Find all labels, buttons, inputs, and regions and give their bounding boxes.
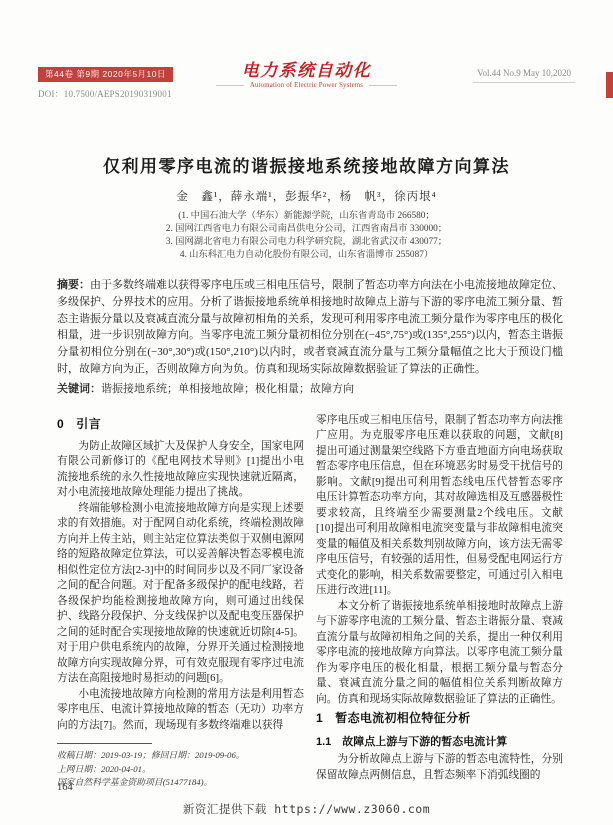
affiliation-line: 3. 国网湖北省电力有限公司电力科学研究院，湖北省武汉市 430077； xyxy=(0,236,613,249)
journal-name-en: Automation of Electric Power Systems xyxy=(250,82,363,89)
logo-divider-left xyxy=(216,85,244,86)
keywords-text: 谐振接地系统；单相接地故障；极化相量；故障方向 xyxy=(101,383,354,395)
affiliation-line: 4. 山东科汇电力自动化股份有限公司，山东省淄博市 255087） xyxy=(0,249,613,262)
footnote-rule xyxy=(57,743,152,744)
section-heading-1: 1 暂态电流初相位特征分析 xyxy=(316,709,563,726)
affiliation-line: 2. 国网江西省电力有限公司南昌供电分公司，江西省南昌市 330000； xyxy=(0,223,613,236)
paragraph: 为分析故障点上游与下游的暂态电流特性，分别保留故障点两侧信息，且暂态频率下消弧线… xyxy=(316,752,563,783)
authors-line: 金 鑫¹，薛永端¹，彭振华²，杨 帆³，徐丙垠⁴ xyxy=(0,188,613,204)
volume-info: Vol.44 No.9 May 10,2020 xyxy=(473,68,575,83)
page-header: 第44卷 第9期 2020年5月10日 DOI：10.7500/AEPS2019… xyxy=(38,62,575,108)
section-heading-1-1: 1.1 故障点上游与下游的暂态电流计算 xyxy=(316,733,563,749)
section-heading-0: 0 引言 xyxy=(57,415,304,432)
page-number: 164 xyxy=(57,782,73,793)
footnote-dates: 收稿日期：2019-03-19；修回日期：2019-09-06。 xyxy=(57,749,304,763)
footnote-block: 收稿日期：2019-03-19；修回日期：2019-09-06。 上网日期：20… xyxy=(57,743,304,790)
paragraph: 为防止故障区域扩大及保护人身安全，国家电网有限公司新修订的《配电网技术导则》[1… xyxy=(57,439,304,501)
journal-name-cn: 电力系统自动化 xyxy=(197,62,417,80)
header-right: Vol.44 No.9 May 10,2020 xyxy=(473,68,575,83)
affiliations: (1. 中国石油大学（华东）新能源学院，山东省青岛市 266580； 2. 国网… xyxy=(0,210,613,262)
paragraph: 零序电压或三相电压信号，限制了暂态功率方向法推广应用。为克服零序电压难以获取的问… xyxy=(316,413,563,599)
body-columns: 0 引言 为防止故障区域扩大及保护人身安全，国家电网有限公司新修订的《配电网技术… xyxy=(57,413,563,790)
logo-divider-right xyxy=(369,85,397,86)
journal-logo: 电力系统自动化 Automation of Electric Power Sys… xyxy=(197,62,417,89)
paragraph: 小电流接地故障方向检测的常用方法是利用暂态零序电压、电流计算接地故障的暂态（无功… xyxy=(57,687,304,734)
watermark-text: 新资汇提供下载 https://www.z3060.com xyxy=(0,801,613,817)
affiliation-line: (1. 中国石油大学（华东）新能源学院，山东省青岛市 266580； xyxy=(0,210,613,223)
edge-red-bar xyxy=(606,72,613,98)
abstract-label: 摘要： xyxy=(57,279,90,291)
right-column: 零序电压或三相电压信号，限制了暂态功率方向法推广应用。为克服零序电压难以获取的问… xyxy=(316,413,563,790)
left-column: 0 引言 为防止故障区域扩大及保护人身安全，国家电网有限公司新修订的《配电网技术… xyxy=(57,413,304,790)
abstract: 摘要：由于多数终端难以获得零序电压或三相电压信号，限制了暂态功率方向法在小电流接… xyxy=(57,277,563,378)
abstract-text: 由于多数终端难以获得零序电压或三相电压信号，限制了暂态功率方向法在小电流接地故障… xyxy=(57,279,563,375)
paragraph: 本文分析了谐振接地系统单相接地时故障点上游与下游零序电流的工频分量、暂态主谐振分… xyxy=(316,599,563,708)
issue-badge: 第44卷 第9期 2020年5月10日 xyxy=(38,67,173,82)
footnote-online-date: 上网日期：2020-04-01。 xyxy=(57,763,304,777)
keywords: 关键词：谐振接地系统；单相接地故障；极化相量；故障方向 xyxy=(57,381,563,398)
paragraph: 终端能够检测小电流接地故障方向是实现上述要求的有效措施。对于配网自动化系统，终端… xyxy=(57,501,304,687)
footnote-funding: 国家自然科学基金资助项目(51477184)。 xyxy=(57,776,304,790)
article-title: 仅利用零序电流的谐振接地系统接地故障方向算法 xyxy=(50,152,563,177)
journal-name-en-row: Automation of Electric Power Systems xyxy=(197,82,417,89)
journal-page: 第44卷 第9期 2020年5月10日 DOI：10.7500/AEPS2019… xyxy=(0,0,613,825)
keywords-label: 关键词： xyxy=(57,383,101,395)
